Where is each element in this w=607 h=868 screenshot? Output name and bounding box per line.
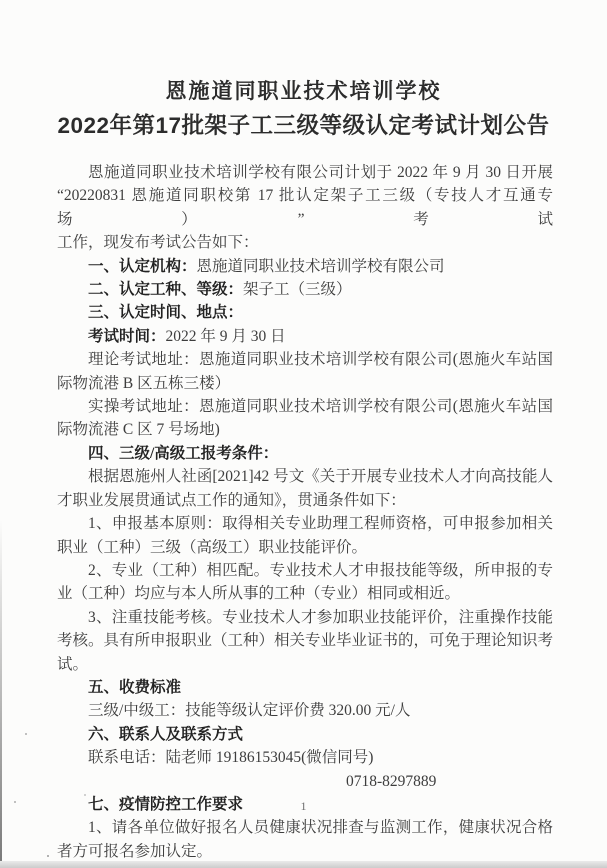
para-practical-address: 实操考试地址：恩施道同职业技术培训学校有限公司(恩施火车站国际物流港 C 区 7… xyxy=(57,395,553,442)
value-certifying-body: 恩施道同职业技术培训学校有限公司 xyxy=(197,258,445,275)
label-contact: 六、联系人及联系方式 xyxy=(88,726,243,743)
document-body: 恩施道同职业技术培训学校有限公司计划于 2022 年 9 月 30 日开展 “2… xyxy=(57,161,553,863)
intro-line-3: 工作，现发布考试公告如下： xyxy=(57,231,553,254)
document-title: 恩施道同职业技术培训学校 2022年第17批架子工三级等级认定考试计划公告 xyxy=(0,76,607,144)
label-exam-time: 考试时间： xyxy=(88,328,166,345)
heading-contact: 六、联系人及联系方式 xyxy=(57,723,553,746)
para-fee-amount: 三级/中级工：技能等级认定评价费 320.00 元/人 xyxy=(57,699,553,722)
para-rule-1: 1、申报基本原则：取得相关专业助理工程师资格，可申报参加相关职业（工种）三级（高… xyxy=(57,512,553,559)
heading-time-place: 三、认定时间、地点： xyxy=(57,301,553,324)
para-exam-time: 考试时间：2022 年 9 月 30 日 xyxy=(57,325,553,348)
label-time-place: 三、认定时间、地点： xyxy=(88,304,243,321)
para-landline-number: 0718-8297889 xyxy=(57,770,553,793)
value-trade-level: 架子工（三级） xyxy=(243,281,352,298)
para-epidemic-rule-1: 1、请各单位做好报名人员健康状况排查与监测工作，健康状况合格者方可报名参加认定。 xyxy=(57,816,553,863)
label-requirements: 四、三级/高级工报考条件： xyxy=(88,445,278,462)
para-contact-phone: 联系电话：陆老师 19186153045(微信同号) xyxy=(57,746,553,769)
intro-line-2: “20220831 恩施道同职校第 17 批认定架子工三级（专技人才互通专场）”… xyxy=(57,184,553,231)
label-trade-level: 二、认定工种、等级： xyxy=(88,281,243,298)
para-policy-basis: 根据恩施州人社函[2021]42 号文《关于开展专业技术人才向高技能人才职业发展… xyxy=(57,465,553,512)
scan-speckle xyxy=(14,801,16,803)
para-theory-address: 理论考试地址：恩施道同职业技术培训学校有限公司(恩施火车站国际物流港 B 区五栋… xyxy=(57,348,553,395)
doc-title-announcement: 2022年第17批架子工三级等级认定考试计划公告 xyxy=(0,108,607,144)
label-certifying-body: 一、认定机构： xyxy=(88,258,197,275)
scan-speckle xyxy=(84,794,86,796)
para-rule-3: 3、注重技能考核。专业技术人才参加职业技能评价，注重操作技能考核。具有所申报职业… xyxy=(57,606,553,676)
value-exam-time: 2022 年 9 月 30 日 xyxy=(166,328,286,345)
para-trade-level: 二、认定工种、等级：架子工（三级） xyxy=(57,278,553,301)
scan-speckle xyxy=(47,855,49,857)
heading-requirements: 四、三级/高级工报考条件： xyxy=(57,442,553,465)
scan-bottom-edge-shadow xyxy=(0,861,607,868)
label-fees: 五、收费标准 xyxy=(88,679,181,696)
para-certifying-body: 一、认定机构：恩施道同职业技术培训学校有限公司 xyxy=(57,255,553,278)
scan-left-edge-shadow xyxy=(0,520,2,861)
scan-speckle xyxy=(25,733,27,735)
scanned-document-page: 恩施道同职业技术培训学校 2022年第17批架子工三级等级认定考试计划公告 恩施… xyxy=(0,0,607,868)
intro-line-1: 恩施道同职业技术培训学校有限公司计划于 2022 年 9 月 30 日开展 xyxy=(57,161,553,184)
para-rule-2: 2、专业（工种）相匹配。专业技术人才申报技能等级，所申报的专业（工种）均应与本人… xyxy=(57,559,553,606)
heading-fees: 五、收费标准 xyxy=(57,676,553,699)
doc-title-school-name: 恩施道同职业技术培训学校 xyxy=(0,76,607,108)
page-number: 1 xyxy=(0,799,607,814)
